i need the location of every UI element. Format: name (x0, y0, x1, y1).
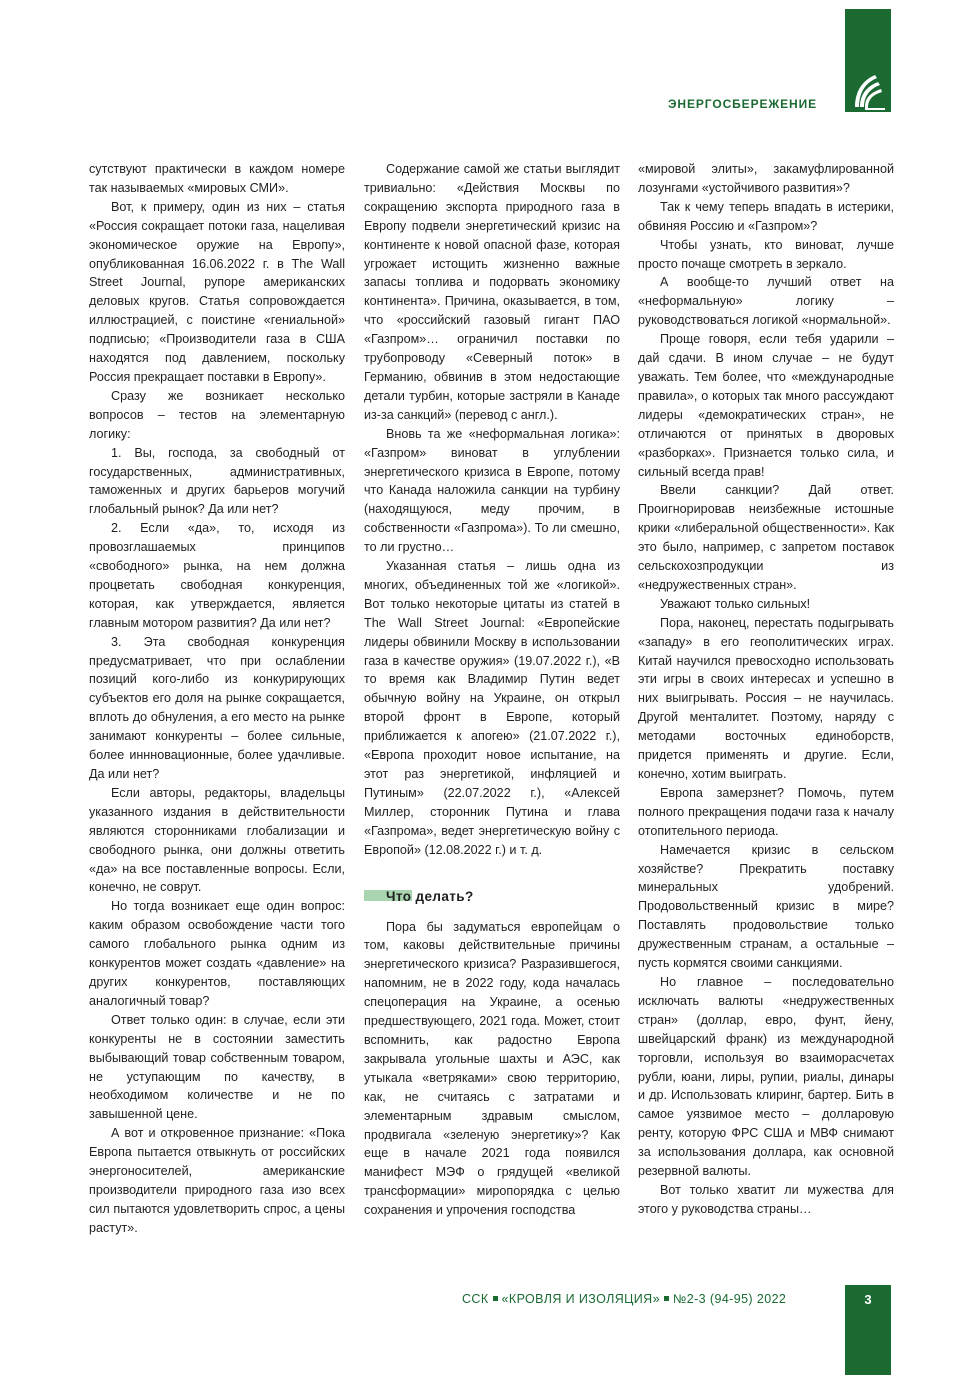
paragraph: Ввели санкции? Дай ответ. Проигнорировав… (638, 481, 894, 594)
paragraph: Пора, наконец, перестать подыгрывать «за… (638, 614, 894, 784)
paragraph: А вот и откровенное признание: «Пока Евр… (89, 1124, 345, 1237)
paragraph: Вот, к примеру, один из них – статья «Ро… (89, 198, 345, 387)
paragraph: «мировой элиты», закамуфлированной лозун… (638, 160, 894, 198)
paragraph: 1. Вы, господа, за свободный от государс… (89, 444, 345, 520)
paragraph: Если авторы, редакторы, владельцы указан… (89, 784, 345, 897)
section-title: ЭНЕРГОСБЕРЕЖЕНИЕ (668, 97, 817, 111)
footer-magazine: «КРОВЛЯ И ИЗОЛЯЦИЯ» (502, 1292, 660, 1306)
header-logo-bar (845, 9, 891, 112)
paragraph: Пора бы задуматься европейцам о том, как… (364, 918, 620, 1221)
leaf-logo-icon (849, 69, 887, 113)
subheading: Что делать? (364, 888, 620, 906)
paragraph: Европа замерзнет? Помочь, путем полного … (638, 784, 894, 841)
paragraph: Вот только хватит ли мужества для этого … (638, 1181, 894, 1219)
footer-publisher: ССК (462, 1292, 489, 1306)
article-column-1: сутствуют практически в каждом номере та… (89, 160, 345, 1238)
paragraph: Уважают только сильных! (638, 595, 894, 614)
article-column-3: «мировой элиты», закамуфлированной лозун… (638, 160, 894, 1219)
paragraph: Чтобы узнать, кто виноват, лучше просто … (638, 236, 894, 274)
paragraph: Проще говоря, если тебя ударили – дай сд… (638, 330, 894, 481)
paragraph: сутствуют практически в каждом номере та… (89, 160, 345, 198)
paragraph: Вновь та же «неформальная логика»: «Газп… (364, 425, 620, 557)
paragraph: Так к чему теперь впадать в истерики, об… (638, 198, 894, 236)
paragraph: 3. Эта свободная конкуренция предусматри… (89, 633, 345, 784)
paragraph: Содержание самой же статьи выглядит трив… (364, 160, 620, 425)
subheading-text: Что делать? (386, 889, 474, 904)
paragraph: Но тогда возникает еще один вопрос: каки… (89, 897, 345, 1010)
page-number-box: 3 (845, 1285, 891, 1375)
paragraph: Указанная статья – лишь одна из многих, … (364, 557, 620, 860)
paragraph: Намечается кризис в сельском хозяйстве? … (638, 841, 894, 973)
square-bullet-icon (664, 1296, 669, 1301)
article-column-2: Содержание самой же статьи выглядит трив… (364, 160, 620, 1220)
paragraph: Но главное – последовательно исключать в… (638, 973, 894, 1181)
paragraph: Ответ только один: в случае, если эти ко… (89, 1011, 345, 1124)
paragraph: А вообще-то лучший ответ на «неформальну… (638, 273, 894, 330)
square-bullet-icon (493, 1296, 498, 1301)
footer-issue: №2-3 (94-95) 2022 (673, 1292, 786, 1306)
footer-publication: ССК«КРОВЛЯ И ИЗОЛЯЦИЯ»№2-3 (94-95) 2022 (462, 1292, 786, 1306)
page-number: 3 (845, 1292, 891, 1307)
paragraph: 2. Если «да», то, исходя из провозглашае… (89, 519, 345, 632)
paragraph: Сразу же возникает несколько вопросов – … (89, 387, 345, 444)
